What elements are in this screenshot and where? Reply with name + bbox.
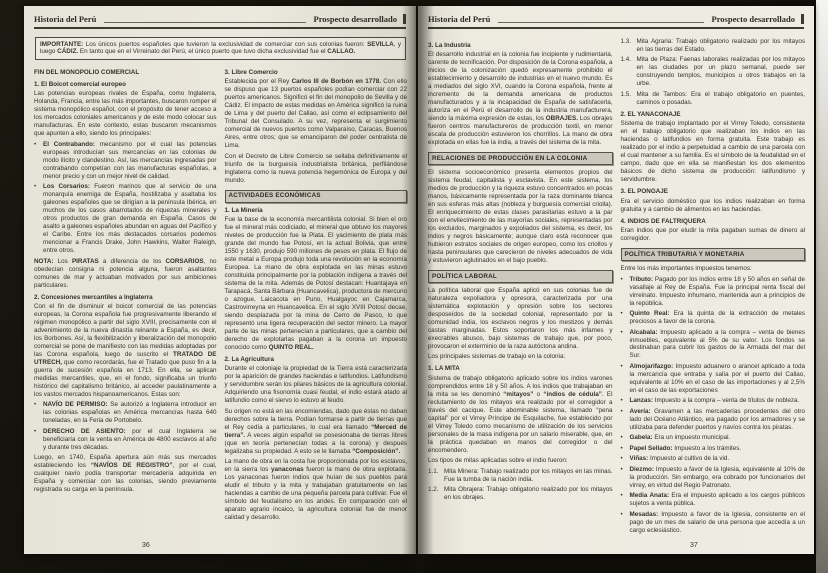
text-run: El sistema socioeconómico presenta eleme…: [428, 169, 613, 264]
paragraph: Con el fin de disminuir el boicot comerc…: [34, 303, 217, 399]
running-title-left: Historia del Perú: [34, 14, 96, 24]
text-run: Con ello se dispuso que 13 puertos españ…: [225, 78, 408, 149]
list-item-text: Media Anata: Era el impuesto aplicado a …: [630, 492, 806, 507]
left-page-column-2: 3. Libre ComercioEstablecida por el Rey …: [225, 65, 408, 525]
text-run: Durante el coloniaje la propiedad de la …: [225, 365, 408, 404]
paragraph: Era el servicio doméstico que los indios…: [621, 198, 806, 214]
paragraph: Su origen no está en las encomiendas, da…: [225, 408, 408, 456]
text-run: Fue la base de la economía mercantilista…: [225, 216, 408, 351]
list-item: •Gabela: Era un impuesto municipal.: [621, 434, 806, 442]
text-run: El desarrollo industrial en la colonia f…: [428, 51, 613, 122]
list-item: 1.4.Mita de Plaza: Faenas laborales real…: [621, 56, 806, 88]
list-item: •Mesadas: Impuesto a favor de la Iglesia…: [621, 511, 806, 535]
list-item: •Viñas: Impuesto al cultivo de la vid.: [621, 455, 806, 463]
text-run: Era el servicio doméstico que los indios…: [621, 198, 806, 213]
bold-text-run: CORSARIOS: [165, 258, 203, 265]
list-item-text: Papel Sellado: Impuesto a los trámites.: [630, 445, 742, 452]
list-marker: •: [34, 183, 36, 191]
list-item: •Media Anata: Era el impuesto aplicado a…: [621, 492, 806, 508]
text-run: Los tipos de mitas aplicadas sobre el in…: [428, 457, 568, 464]
header-rule: [104, 21, 305, 23]
text-run: Impuesto a favor de la Iglesia, equivale…: [630, 466, 806, 489]
list-marker: •: [621, 276, 623, 284]
list-marker: •: [34, 401, 36, 409]
paragraph: Entre los más importantes impuestos tene…: [621, 265, 806, 273]
list-item: •DERECHO DE ASIENTO: por el cual Inglate…: [34, 428, 217, 452]
text-run: En tanto que en el Virreinato del Perú, …: [78, 48, 327, 55]
list-item: •Papel Sellado: Impuesto a los trámites.: [621, 445, 806, 453]
bold-text-run: NAVÍO DE PERMISO:: [43, 401, 108, 408]
text-run: Pagado por los indios entre 18 y 50 años…: [630, 276, 806, 307]
list-item-text: Gabela: Era un impuesto municipal.: [630, 434, 731, 441]
bold-text-run: DERECHO DE ASIENTO:: [43, 428, 126, 435]
paragraph: Eran indios que por eludir la mita pagab…: [621, 227, 806, 243]
list-marker: •: [621, 511, 623, 519]
text-run: Mita Agraria: Trabajo obligatorio realiz…: [637, 38, 806, 53]
section-heading: 1. El Boicot comercial europeo: [34, 81, 217, 89]
list-item: •NAVÍO DE PERMISO: Se autorizó a Inglate…: [34, 401, 217, 425]
paragraph: Las potencias europeas rivales de España…: [34, 90, 217, 138]
right-page-column-2: 1.3.Mita Agraria: Trabajo obligatorio re…: [621, 38, 806, 537]
right-page-header: Historia del Perú Prospecto desarrollado: [428, 14, 804, 29]
bold-text-run: CALLAO.: [327, 48, 355, 55]
page-number-left: 36: [142, 542, 150, 549]
section-heading: 2. La Agricultura: [225, 356, 408, 364]
text-run: Entre los más importantes impuestos tene…: [621, 265, 752, 272]
list-item: •Los Corsarios: Fueron marinos que al se…: [34, 183, 217, 255]
section-heading: 1. LA MITA: [428, 365, 613, 373]
list-item-text: Viñas: Impuesto al cultivo de la vid.: [630, 455, 730, 462]
text-run: La política laboral que España aplicó en…: [428, 287, 613, 350]
list-marker: •: [621, 329, 623, 337]
text-run: Las potencias europeas rivales de España…: [34, 90, 217, 137]
list-item: •Lanzas: Impuesto a la compra – venta de…: [621, 397, 806, 405]
paragraph: El desarrollo industrial en la colonia f…: [428, 51, 613, 147]
paragraph: Fue la base de la economía mercantilista…: [225, 216, 408, 352]
list-item-text: Lanzas: Impuesto a la compra – venta de …: [630, 397, 800, 404]
section-heading: 3. La Industria: [428, 42, 613, 50]
list-item-text: El Contrabando: mecanismo por el cual la…: [43, 141, 217, 180]
list-marker: •: [621, 408, 623, 416]
list-item-text: Mita de Plaza: Faenas laborales realizad…: [637, 56, 806, 87]
bold-text-run: Papel Sellado:: [630, 445, 673, 452]
bold-text-run: IMPORTANTE:: [40, 41, 83, 48]
text-run: Eran indios que por eludir la mita pagab…: [621, 227, 806, 242]
list-marker: 1.4.: [621, 56, 632, 64]
list-item-text: NAVÍO DE PERMISO: Se autorizó a Inglater…: [43, 401, 217, 424]
book-scan-photo: Historia del Perú Prospecto desarrollado…: [0, 0, 828, 573]
right-page-content: 3. La IndustriaEl desarrollo industrial …: [418, 29, 814, 537]
list-item: •Diezmo: Impuesto a favor de la Iglesia,…: [621, 466, 806, 490]
paragraph: La mano de obra en la costa fue proporci…: [225, 458, 408, 522]
bold-text-run: Viñas:: [630, 455, 649, 462]
bold-text-run: “mitayos”: [503, 391, 533, 398]
section-bar-heading: RELACIONES DE PRODUCCIÓN EN LA COLONIA: [428, 152, 613, 165]
bold-text-run: “indios de cédula”: [543, 391, 602, 398]
list-item-text: Mesadas: Impuesto a favor de la Iglesia,…: [630, 511, 806, 534]
list-marker: 1.3.: [621, 38, 632, 46]
section-heading: 3. Libre Comercio: [225, 69, 408, 77]
list-item: 1.2.Mita Obrajera: Trabajo obligatorio r…: [428, 486, 613, 502]
text-run: Los principales sistemas de trabajo en l…: [428, 353, 565, 360]
text-run: a diferencia de los: [99, 258, 166, 265]
paragraph: Los tipos de mitas aplicadas sobre el in…: [428, 457, 613, 465]
bold-text-run: Los Corsarios:: [43, 183, 90, 190]
text-run: Establecida por el Rey: [225, 78, 292, 85]
section-heading: 3. EL PONGAJE: [621, 188, 806, 196]
list-marker: •: [621, 492, 623, 500]
list-item-text: Mita Obrajera: Trabajo obligatorio reali…: [444, 486, 613, 501]
left-page-header: Historia del Perú Prospecto desarrollado: [34, 14, 406, 29]
list-marker: •: [621, 466, 623, 474]
left-page-column-1: FIN DEL MONOPOLIO COMERCIAL1. El Boicot …: [34, 65, 217, 497]
text-run: Era un impuesto municipal.: [653, 434, 731, 441]
list-item: •Alcabala: Impuesto aplicado a la compra…: [621, 329, 806, 361]
list-item-text: Quinto Real: Era la quinta de la extracc…: [630, 310, 806, 325]
bold-text-run: Almojarifazgo:: [630, 363, 674, 370]
bold-text-run: NOTA:: [34, 258, 53, 265]
bold-text-run: Carlos III de Borbón en 1778.: [292, 78, 381, 85]
list-item: •Tributo: Pagado por los indios entre 18…: [621, 276, 806, 308]
list-marker: 1.1.: [428, 468, 439, 476]
list-marker: •: [621, 455, 623, 463]
text-run: Con el Decreto de Libre Comercio se sell…: [225, 153, 408, 184]
paragraph: Durante el coloniaje la propiedad de la …: [225, 365, 408, 405]
bold-text-run: SEVILLA: [367, 41, 394, 48]
bold-text-run: “NAVÍOS DE REGISTRO”: [91, 462, 173, 469]
important-note-box: IMPORTANTE: Los únicos puertos españoles…: [35, 37, 406, 60]
paragraph: Los principales sistemas de trabajo en l…: [428, 353, 613, 361]
paragraph: Sistema de trabajo implantado por el Vir…: [621, 120, 806, 184]
right-page: Historia del Perú Prospecto desarrollado…: [418, 6, 814, 554]
running-title-left: Historia del Perú: [428, 14, 490, 24]
paragraph: Establecida por el Rey Carlos III de Bor…: [225, 78, 408, 150]
list-item: 1.1.Mita Minera: Trabajo realizado por l…: [428, 468, 613, 484]
list-marker: 1.5.: [621, 91, 632, 99]
paragraph: NOTA: Los PIRATAS a diferencia de los CO…: [34, 258, 217, 290]
header-tick-mark: [403, 14, 406, 24]
list-item-text: Mita de Tambos: Era el trabajo obligator…: [637, 91, 806, 106]
list-item-text: Los Corsarios: Fueron marinos que al ser…: [43, 183, 217, 254]
list-item-text: Avería: Gravamen a las mercaderías proce…: [630, 408, 806, 431]
text-run: Mita Minera: Trabajo realizado por los m…: [444, 468, 613, 483]
paragraph: Luego, en 1740, España apertura aún más …: [34, 454, 217, 494]
bold-text-run: CÁDIZ.: [57, 48, 78, 55]
bold-text-run: Gabela:: [630, 434, 653, 441]
bold-text-run: Tributo:: [630, 276, 653, 283]
list-item: •El Contrabando: mecanismo por el cual l…: [34, 141, 217, 181]
list-item-text: DERECHO DE ASIENTO: por el cual Inglater…: [43, 428, 217, 451]
section-heading: FIN DEL MONOPOLIO COMERCIAL: [34, 69, 217, 77]
section-heading: 2. Concesiones mercantiles a Inglaterra: [34, 294, 217, 302]
text-run: Mita de Tambos: Era el trabajo obligator…: [637, 91, 806, 106]
text-run: Gravamen a las mercaderías procedentes d…: [630, 408, 806, 431]
page-number-right: 37: [690, 542, 698, 549]
section-heading: 2. EL YANACONAJE: [621, 111, 806, 119]
list-marker: •: [34, 428, 36, 436]
list-item: 1.3.Mita Agraria: Trabajo obligatorio re…: [621, 38, 806, 54]
running-title-right: Prospecto desarrollado: [712, 14, 796, 24]
list-item-text: Diezmo: Impuesto a favor de la Iglesia, …: [630, 466, 806, 489]
list-marker: •: [34, 141, 36, 149]
text-run: Fueron marinos que al servicio de una mo…: [43, 183, 217, 254]
bold-text-run: PIRATAS: [72, 258, 99, 265]
list-item: 1.5.Mita de Tambos: Era el trabajo oblig…: [621, 91, 806, 107]
paragraph: Sistema de trabajo obligatorio aplicado …: [428, 375, 613, 455]
bold-text-run: Mesadas:: [630, 511, 659, 518]
list-item: •Almojarifazgo: Impuesto aduanero o aran…: [621, 363, 806, 395]
text-run: o: [533, 391, 543, 398]
list-marker: •: [621, 445, 623, 453]
text-run: Impuesto al cultivo de la vid.: [648, 455, 729, 462]
text-run: Con el fin de disminuir el boicot comerc…: [34, 303, 217, 358]
list-marker: •: [621, 310, 623, 318]
list-item: •Avería: Gravamen a las mercaderías proc…: [621, 408, 806, 432]
header-rule: [498, 21, 703, 23]
paragraph: Con el Decreto de Libre Comercio se sell…: [225, 153, 408, 185]
list-item: •Quinto Real: Era la quinta de la extrac…: [621, 310, 806, 326]
bold-text-run: QUINTO REAL.: [269, 344, 314, 351]
right-page-column-1: 3. La IndustriaEl desarrollo industrial …: [428, 38, 613, 505]
left-page: Historia del Perú Prospecto desarrollado…: [24, 6, 416, 554]
section-heading: 4. INDIOS DE FALTRIQUERA: [621, 218, 806, 226]
text-run: Los únicos puertos españoles que tuviero…: [83, 41, 367, 48]
list-marker: •: [621, 434, 623, 442]
text-run: que como recordarás, fue el Tratado que …: [34, 359, 217, 398]
list-item-text: Mita Minera: Trabajo realizado por los m…: [444, 468, 613, 483]
bold-text-run: Avería:: [630, 408, 651, 415]
paragraph: El sistema socioeconómico presenta eleme…: [428, 169, 613, 265]
paragraph: La política laboral que España aplicó en…: [428, 287, 613, 351]
running-title-right: Prospecto desarrollado: [314, 14, 398, 24]
bold-text-run: Diezmo:: [630, 466, 655, 473]
text-run: . El reclutamiento de los mitayos era re…: [428, 391, 613, 454]
text-run: Los: [53, 258, 72, 265]
text-run: Impuesto a los trámites.: [673, 445, 742, 452]
list-item-text: Almojarifazgo: Impuesto aduanero o aranc…: [630, 363, 806, 394]
list-item-text: Tributo: Pagado por los indios entre 18 …: [630, 276, 806, 307]
text-run: Mita Obrajera: Trabajo obligatorio reali…: [444, 486, 613, 501]
list-item-text: Alcabala: Impuesto aplicado a la compra …: [630, 329, 806, 360]
list-marker: •: [621, 363, 623, 371]
bold-text-run: Media Anata:: [630, 492, 670, 499]
section-heading: 1. La Minería: [225, 207, 408, 215]
text-run: Sistema de trabajo implantado por el Vir…: [621, 120, 806, 183]
bold-text-run: El Contrabando:: [43, 141, 95, 148]
list-item-text: Mita Agraria: Trabajo obligatorio realiz…: [637, 38, 806, 53]
text-run: Mita de Plaza: Faenas laborales realizad…: [637, 56, 806, 87]
bold-text-run: yanaconas: [271, 466, 304, 473]
text-run: Impuesto a la compra – venta de títulos …: [653, 397, 799, 404]
list-marker: 1.2.: [428, 486, 439, 494]
text-run: fueron la mano de obra explotada. Los ya…: [225, 466, 408, 521]
bold-text-run: Quinto Real:: [630, 310, 670, 317]
bold-text-run: Lanzas:: [630, 397, 653, 404]
header-tick-mark: [801, 14, 804, 24]
left-page-content: IMPORTANTE: Los únicos puertos españoles…: [24, 29, 416, 525]
section-bar-heading: ACTIVIDADES ECONÓMICAS: [225, 190, 408, 203]
page-stack-edge: [816, 0, 828, 573]
bold-text-run: “Composición”.: [352, 448, 400, 455]
bold-text-run: Alcabala:: [630, 329, 658, 336]
bold-text-run: OBRAJES.: [546, 115, 578, 122]
section-bar-heading: POLÍTICA TRIBUTARIA Y MONETARIA: [621, 248, 806, 261]
list-marker: •: [621, 397, 623, 405]
section-bar-heading: POLÍTICA LABORAL: [428, 270, 613, 283]
